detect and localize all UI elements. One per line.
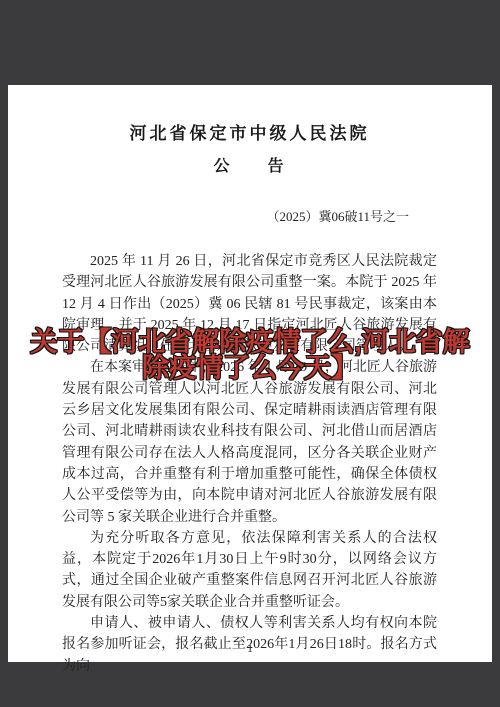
document-page: 河北省保定市中级人民法院 公 告 （2025）冀06破11号之一 2025 年 … [8,85,492,662]
screenshot-stage: 河北省保定市中级人民法院 公 告 （2025）冀06破11号之一 2025 年 … [0,0,500,707]
court-name-heading: 河北省保定市中级人民法院 [62,119,437,144]
paragraph-merger-application: 在本案审理过程中，2026 年 1 月 19 日，河北匠人谷旅游发展有限公司管理… [62,357,437,527]
paragraph-ruling-acceptance: 2025 年 11 月 26 日，河北省保定市竞秀区人民法院裁定受理河北匠人谷旅… [62,251,437,357]
notice-body: 2025 年 11 月 26 日，河北省保定市竞秀区人民法院裁定受理河北匠人谷旅… [62,251,437,677]
paragraph-hearing-schedule: 为充分听取各方意见，依法保障利害关系人的合法权益，本院定于2026年1月30日上… [62,528,437,613]
page-number: 1 [8,641,492,656]
case-number: （2025）冀06破11号之一 [62,206,437,225]
notice-title: 公 告 [62,153,437,176]
document-content: 河北省保定市中级人民法院 公 告 （2025）冀06破11号之一 2025 年 … [8,85,492,677]
